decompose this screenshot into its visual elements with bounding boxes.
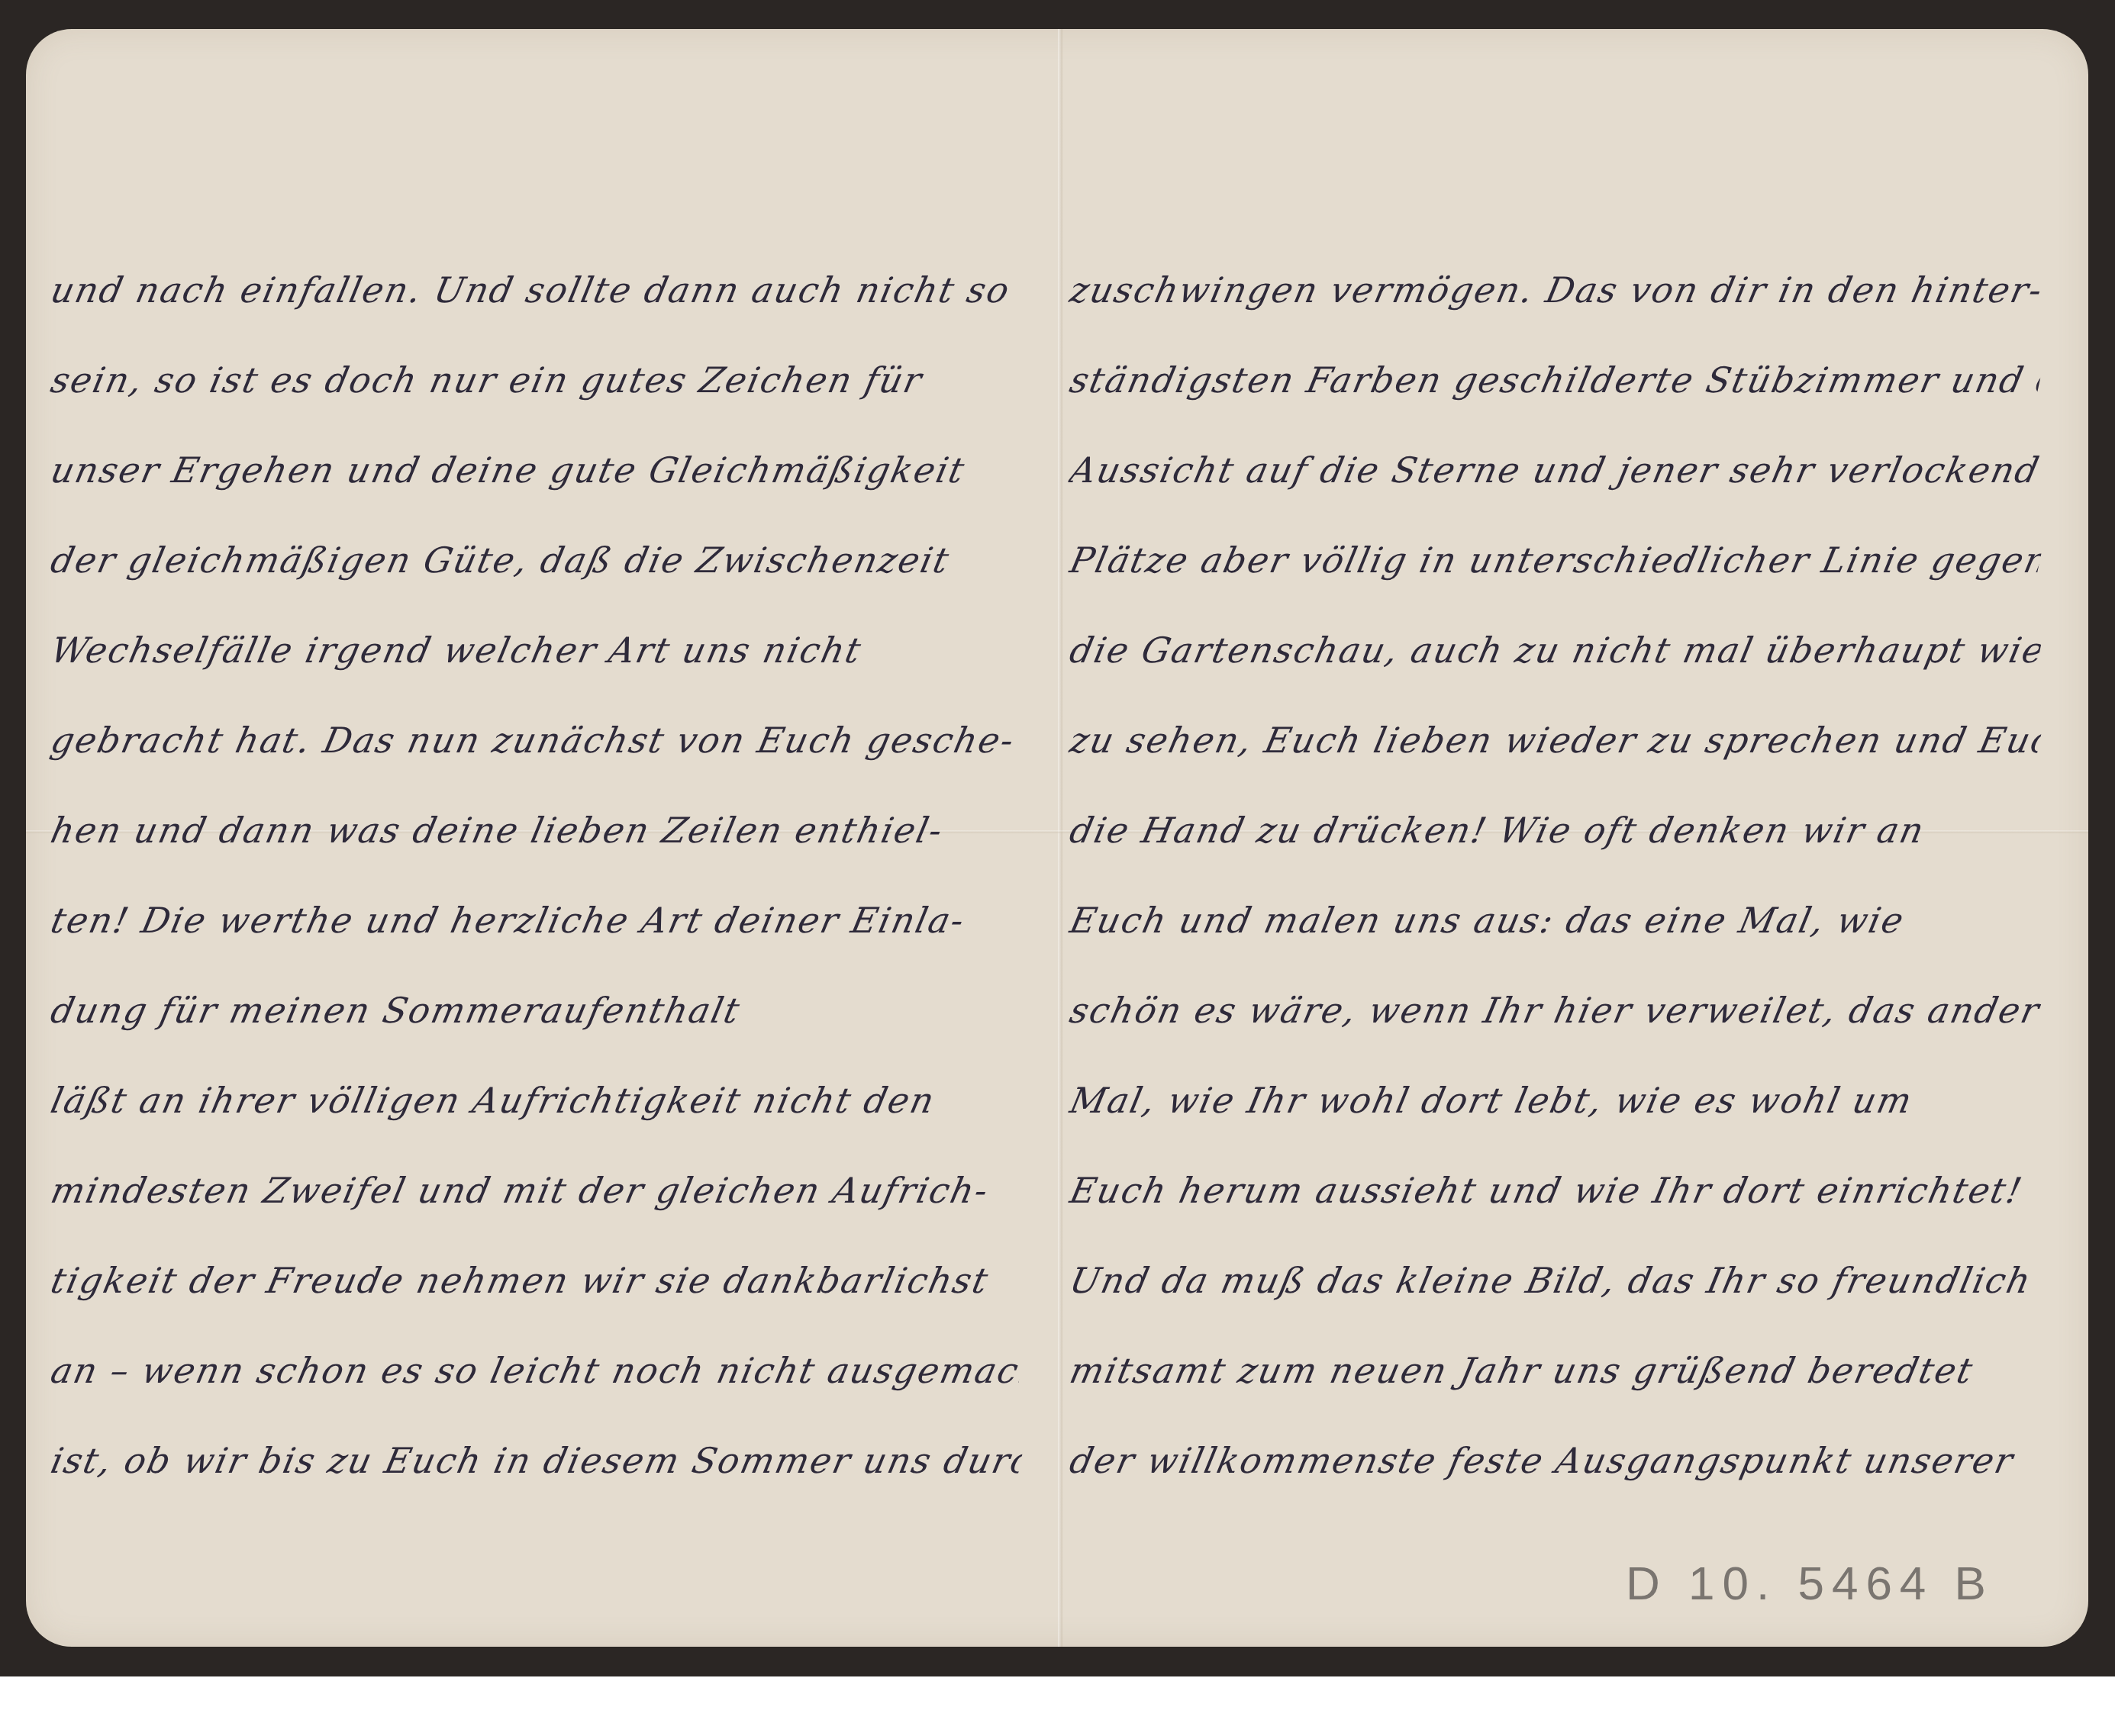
archive-shelfmark: D 10. 5464 B [1626,1557,1994,1611]
handwritten-line: Plätze aber völlig in unterschiedlicher … [1057,533,2046,623]
handwritten-line: der gleichmäßigen Güte, daß die Zwischen… [38,533,1027,623]
handwritten-line: Aussicht auf die Sterne und jener sehr v… [1057,443,2046,533]
handwritten-line: mindesten Zweifel und mit der gleichen A… [38,1164,1027,1254]
handwritten-line: tigkeit der Freude nehmen wir sie dankba… [38,1254,1027,1344]
handwritten-line: ten! Die werthe und herzliche Art deiner… [38,894,1027,984]
handwritten-line: läßt an ihrer völligen Aufrichtigkeit ni… [38,1074,1027,1164]
handwritten-line: und nach einfallen. Und sollte dann auch… [38,263,1027,353]
handwritten-line: sein, so ist es doch nur ein gutes Zeich… [38,353,1027,443]
handwritten-line: Wechselfälle irgend welcher Art uns nich… [38,623,1027,713]
left-page: und nach einfallen. Und sollte dann auch… [38,263,1008,1524]
handwritten-line: unser Ergehen und deine gute Gleichmäßig… [38,443,1027,533]
handwritten-line: zu sehen, Euch lieben wieder zu sprechen… [1057,713,2046,804]
handwritten-line: Euch herum aussieht und wie Ihr dort ein… [1057,1164,2046,1254]
handwritten-line: an – wenn schon es so leicht noch nicht … [38,1344,1027,1434]
handwritten-line: zuschwingen vermögen. Das von dir in den… [1057,263,2046,353]
handwritten-line: hen und dann was deine lieben Zeilen ent… [38,804,1027,894]
right-page: zuschwingen vermögen. Das von dir in den… [1057,263,2026,1524]
handwritten-line: mitsamt zum neuen Jahr uns grüßend bered… [1057,1344,2046,1434]
handwritten-line: schön es wäre, wenn Ihr hier verweilet, … [1057,984,2046,1074]
handwritten-line: der willkommenste feste Ausgangspunkt un… [1057,1434,2046,1524]
handwritten-line: ständigsten Farben geschilderte Stübzimm… [1057,353,2046,443]
handwritten-line: Mal, wie Ihr wohl dort lebt, wie es wohl… [1057,1074,2046,1164]
handwritten-line: gebracht hat. Das nun zunächst von Euch … [38,713,1027,804]
handwritten-line: dung für meinen Sommeraufenthalt [38,984,1027,1074]
handwritten-line: Und da muß das kleine Bild, das Ihr so f… [1057,1254,2046,1344]
handwritten-line: Euch und malen uns aus: das eine Mal, wi… [1057,894,2046,984]
handwritten-line: ist, ob wir bis zu Euch in diesem Sommer… [38,1434,1027,1524]
handwritten-line: die Gartenschau, auch zu nicht mal überh… [1057,623,2046,713]
handwritten-line: die Hand zu drücken! Wie oft denken wir … [1057,804,2046,894]
